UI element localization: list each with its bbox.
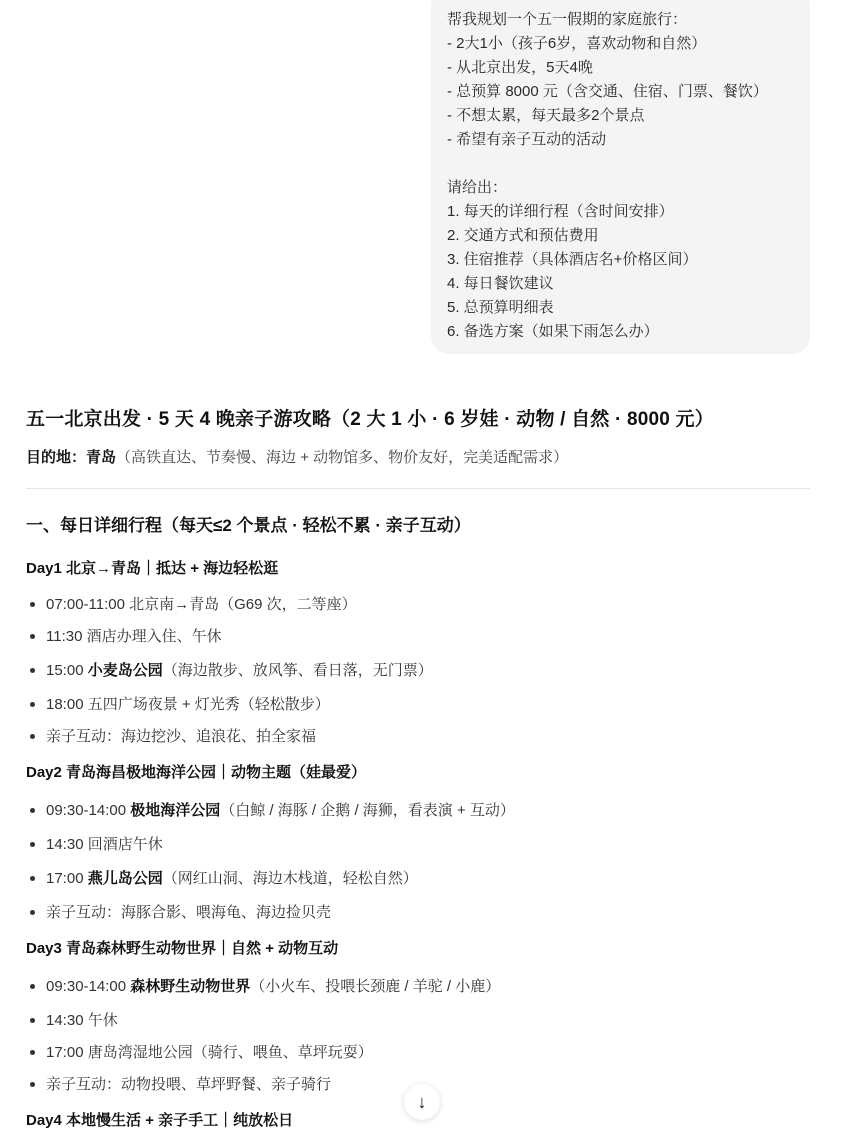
destination-label: 目的地：	[26, 449, 86, 466]
user-message-line: 6. 备选方案（如果下雨怎么办）	[447, 320, 794, 344]
user-message-line: 请给出：	[447, 176, 794, 200]
day-heading: Day1 北京→青岛｜抵达 + 海边轻松逛	[26, 557, 278, 578]
list-item: 亲子互动：海豚合影、喂海龟、海边捡贝壳	[46, 901, 331, 922]
day-heading: Day2 青岛海昌极地海洋公园｜动物主题（娃最爱）	[26, 761, 366, 782]
user-message-line: - 希望有亲子互动的活动	[447, 128, 794, 152]
divider	[26, 488, 810, 489]
user-message-bubble: 帮我规划一个五一假期的家庭旅行： - 2大1小（孩子6岁，喜欢动物和自然） - …	[431, 0, 810, 354]
user-message-line: - 总预算 8000 元（含交通、住宿、门票、餐饮）	[447, 80, 794, 104]
list-item: 14:30 午休	[46, 1009, 118, 1030]
day-heading: Day4 本地慢生活 + 亲子手工｜纯放松日	[26, 1109, 293, 1130]
user-message-line	[447, 152, 794, 176]
list-item: 14:30 回酒店午休	[46, 833, 163, 854]
list-item: 15:00 小麦岛公园（海边散步、放风筝、看日落，无门票）	[46, 659, 433, 680]
scroll-to-bottom-button[interactable]: ↓	[404, 1084, 440, 1120]
user-message-line: 2. 交通方式和预估费用	[447, 224, 794, 248]
list-item: 亲子互动：动物投喂、草坪野餐、亲子骑行	[46, 1073, 331, 1094]
arrow-down-icon: ↓	[418, 1092, 427, 1113]
user-message-line: - 不想太累，每天最多2个景点	[447, 104, 794, 128]
list-item: 亲子互动：海边挖沙、追浪花、拍全家福	[46, 725, 316, 746]
list-item: 11:30 酒店办理入住、午休	[46, 625, 222, 646]
destination-line: 目的地：青岛（高铁直达、节奏慢、海边 + 动物馆多、物价友好，完美适配需求）	[26, 446, 568, 467]
answer-title: 五一北京出发 · 5 天 4 晚亲子游攻略（2 大 1 小 · 6 岁娃 · 动…	[26, 404, 714, 431]
day-heading: Day3 青岛森林野生动物世界｜自然 + 动物互动	[26, 937, 338, 958]
section-heading: 一、每日详细行程（每天≤2 个景点 · 轻松不累 · 亲子互动）	[26, 511, 471, 536]
user-message-line: 3. 住宿推荐（具体酒店名+价格区间）	[447, 248, 794, 272]
destination-note: （高铁直达、节奏慢、海边 + 动物馆多、物价友好，完美适配需求）	[116, 449, 568, 466]
list-item: 17:00 燕儿岛公园（网红山洞、海边木栈道，轻松自然）	[46, 867, 418, 888]
user-message-line: 帮我规划一个五一假期的家庭旅行：	[447, 8, 794, 32]
user-message-line: - 2大1小（孩子6岁，喜欢动物和自然）	[447, 32, 794, 56]
user-message-line: 4. 每日餐饮建议	[447, 272, 794, 296]
user-message-line: 5. 总预算明细表	[447, 296, 794, 320]
destination-name: 青岛	[86, 449, 116, 466]
list-item: 07:00-11:00 北京南→青岛（G69 次，二等座）	[46, 593, 357, 614]
list-item: 18:00 五四广场夜景 + 灯光秀（轻松散步）	[46, 693, 330, 714]
list-item: 09:30-14:00 极地海洋公园（白鲸 / 海豚 / 企鹅 / 海狮，看表演…	[46, 799, 515, 820]
user-message-line: 1. 每天的详细行程（含时间安排）	[447, 200, 794, 224]
list-item: 17:00 唐岛湾湿地公园（骑行、喂鱼、草坪玩耍）	[46, 1041, 373, 1062]
user-message-line: - 从北京出发，5天4晚	[447, 56, 794, 80]
list-item: 09:30-14:00 森林野生动物世界（小火车、投喂长颈鹿 / 羊驼 / 小鹿…	[46, 975, 500, 996]
